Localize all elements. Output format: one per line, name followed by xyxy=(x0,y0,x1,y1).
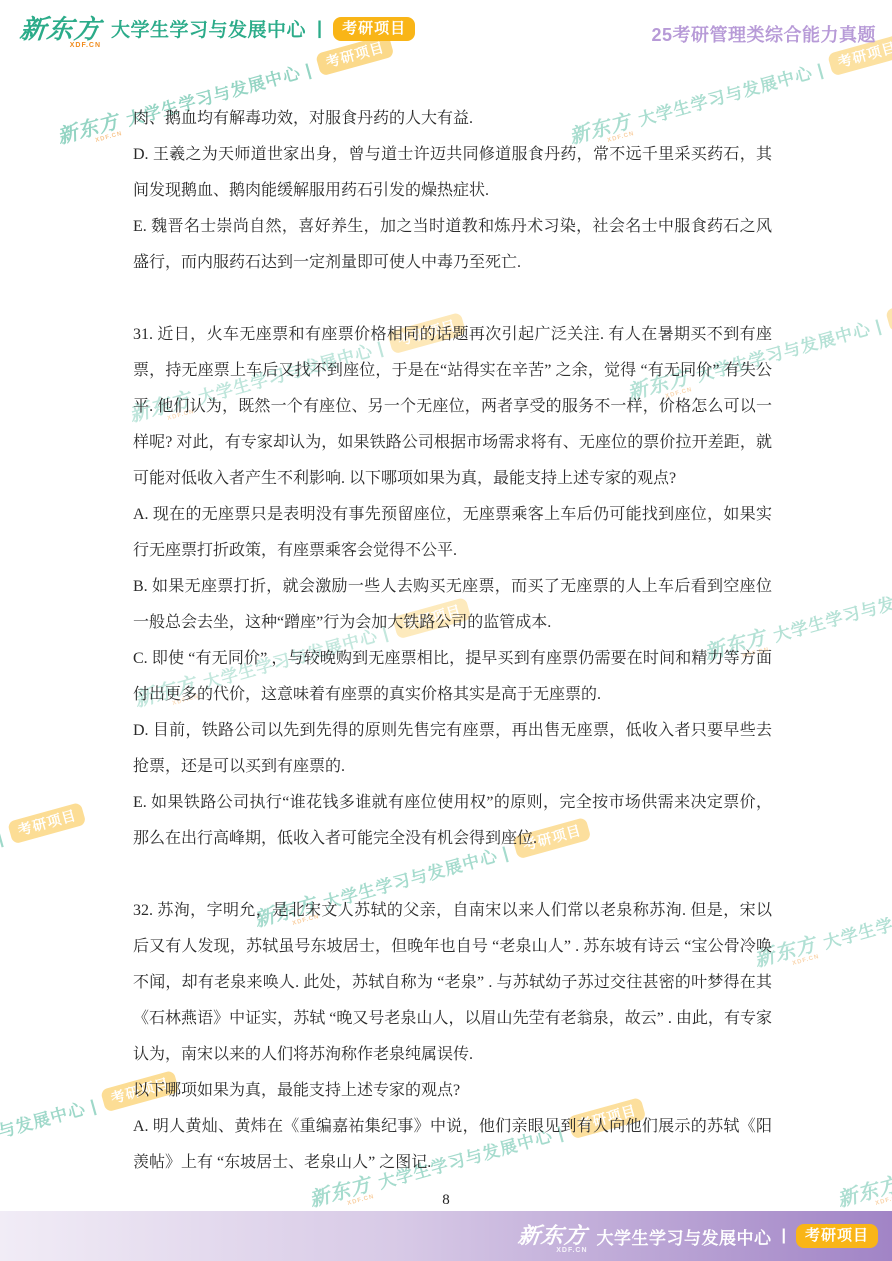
xdf-logo-footer-subtext: XDF.CN xyxy=(556,1247,587,1254)
footer-divider: | xyxy=(782,1227,786,1245)
q31-option-c: C. 即使 “有无同价” ，与较晚购到无座票相比，提早买到有座票仍需要在时间和精… xyxy=(133,641,772,713)
q31-option-e: E. 如果铁路公司执行“谁花钱多谁就有座位使用权”的原则，完全按市场供需来决定票… xyxy=(133,785,772,857)
q30-option-c-continuation: 肉、鹅血均有解毒功效，对服食丹药的人大有益. xyxy=(133,101,772,137)
document-page: 新东方XDF.CN大学生学习与发展中心 |考研项目新东方XDF.CN大学生学习与… xyxy=(0,0,892,1261)
footer-brand: 新东方 XDF.CN 大学生学习与发展中心 | 考研项目 xyxy=(518,1224,878,1249)
q30-option-d: D. 王羲之为天师道世家出身，曾与道士许迈共同修道服食丹药，常不远千里采买药石，… xyxy=(133,137,772,209)
xdf-logo-subtext: XDF.CN xyxy=(70,42,101,49)
kaoyan-project-badge-footer: 考研项目 xyxy=(796,1224,878,1248)
xdf-logo-watermark: 新东方XDF.CN xyxy=(55,111,121,147)
watermark-center-label: 大学生学习与发展中心 | xyxy=(0,823,6,898)
footer-center-label: 大学生学习与发展中心 xyxy=(597,1224,772,1249)
watermark-kaoyan-badge: 考研项目 xyxy=(8,802,87,844)
watermark-kaoyan-badge: 考研项目 xyxy=(886,290,892,332)
page-header: 新东方 XDF.CN 大学生学习与发展中心 | 考研项目 25考研管理类综合能力… xyxy=(0,0,892,62)
xdf-logo-watermark-subtext: XDF.CN xyxy=(792,953,820,966)
header-brand: 新东方 XDF.CN 大学生学习与发展中心 | 考研项目 xyxy=(20,15,415,42)
xdf-logo-footer: 新东方 XDF.CN xyxy=(518,1225,587,1247)
xdf-logo-footer-text: 新东方 xyxy=(517,1225,588,1247)
q31-stem: 31. 近日，火车无座票和有座票价格相同的话题再次引起广泛关注. 有人在暑期买不… xyxy=(133,317,772,497)
brand-watermark: 新东方XDF.CN大学生学习与发展中心 |考研项目 xyxy=(0,801,87,918)
page-title: 25考研管理类综合能力真题 xyxy=(651,21,876,47)
q30-option-e: E. 魏晋名士崇尚自然，喜好养生，加之当时道教和炼丹术习染，社会名士中服食药石之… xyxy=(133,209,772,281)
q32-question-line: 以下哪项如果为真，最能支持上述专家的观点? xyxy=(133,1073,772,1109)
xdf-logo: 新东方 XDF.CN xyxy=(20,16,101,42)
xdf-logo-watermark-subtext: XDF.CN xyxy=(95,130,123,143)
q32-option-a: A. 明人黄灿、黄炜在《重编嘉祐集纪事》中说，他们亲眼见到有人向他们展示的苏轼《… xyxy=(133,1109,772,1181)
watermark-center-label: 大学生学习与发展中心 | xyxy=(820,878,892,953)
watermark-center-label: 大学生学习与发展中心 | xyxy=(0,1091,99,1166)
xdf-logo-text: 新东方 xyxy=(19,16,103,42)
q32-stem: 32. 苏洵，字明允，是北宋文人苏轼的父亲，自南宋以来人们常以老泉称苏洵. 但是… xyxy=(133,893,772,1073)
page-number: 8 xyxy=(0,1192,892,1209)
header-center-label: 大学生学习与发展中心 xyxy=(111,15,306,42)
header-divider: | xyxy=(317,18,322,39)
q31-option-b: B. 如果无座票打折，就会激励一些人去购买无座票，而买了无座票的人上车后看到空座… xyxy=(133,569,772,641)
kaoyan-project-badge: 考研项目 xyxy=(333,17,415,41)
brand-watermark: 新东方XDF.CN大学生学习与发展中心 |考研项目 xyxy=(752,856,892,973)
watermark-center-label: 大学生学习与发展中心 | xyxy=(770,571,892,646)
question-content: 肉、鹅血均有解毒功效，对服食丹药的人大有益.D. 王羲之为天师道世家出身，曾与道… xyxy=(133,101,772,1181)
q31-option-d: D. 目前，铁路公司以先到先得的原则先售完有座票，再出售无座票，低收入者只要早些… xyxy=(133,713,772,785)
page-footer: 新东方 XDF.CN 大学生学习与发展中心 | 考研项目 xyxy=(0,1211,892,1261)
q31-option-a: A. 现在的无座票只是表明没有事先预留座位，无座票乘客上车后仍可能找到座位，如果… xyxy=(133,497,772,569)
